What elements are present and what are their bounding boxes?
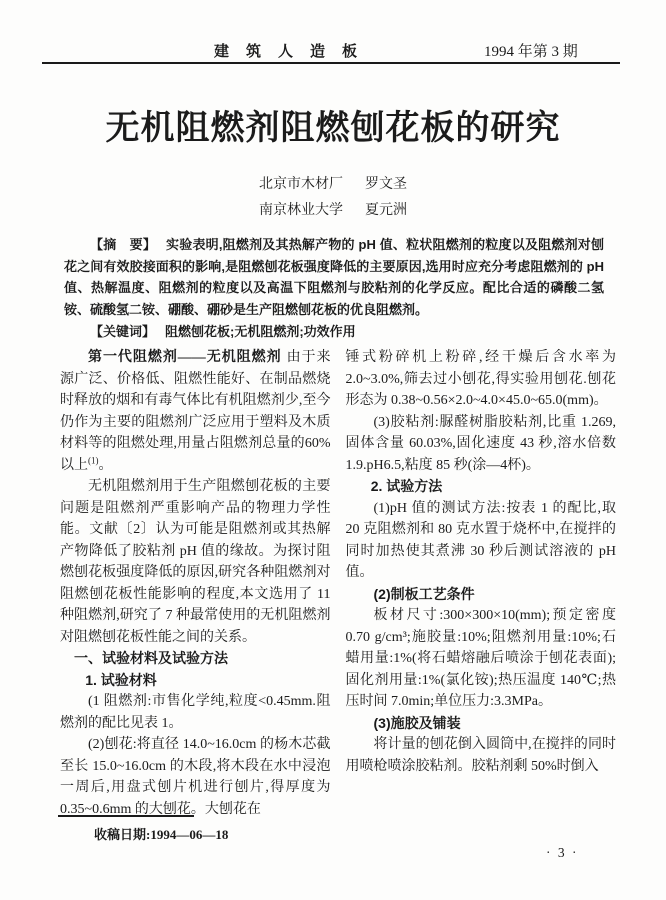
page-number: · 3 · bbox=[546, 845, 579, 861]
paragraph-board-parameters: 板材尺寸:300×300×10(mm);预定密度 0.70 g/cm³;施胶量:… bbox=[346, 605, 617, 713]
paragraph-gluing-procedure: 将计量的刨花倒入圆筒中,在搅拌的同时用喷枪喷涂胶粘剂。胶粘剂剩 50%时倒入 bbox=[346, 734, 617, 777]
author-affiliation: 南京林业大学 bbox=[259, 203, 343, 218]
keywords-text: 阻燃刨花板;无机阻燃剂;功效作用 bbox=[165, 324, 356, 339]
body-columns: 第一代阻燃剂——无机阻燃剂由于来源广泛、价格低、阻燃性能好、在制品燃烧时释放的烟… bbox=[60, 347, 616, 820]
received-date-text: 收稿日期:1994—06—18 bbox=[58, 824, 358, 843]
author-block: 北京市木材厂罗文圣 南京林业大学夏元洲 bbox=[0, 172, 666, 224]
author-line: 北京市木材厂罗文圣 bbox=[0, 172, 666, 198]
keywords-line: 【关键词】阻燃刨花板;无机阻燃剂;功效作用 bbox=[64, 321, 604, 343]
author-line: 南京林业大学夏元洲 bbox=[0, 198, 666, 224]
paragraph-text: 。 bbox=[99, 458, 113, 473]
journal-name: 建 筑 人 造 板 bbox=[214, 40, 358, 61]
footnote-divider bbox=[58, 815, 194, 817]
article-title: 无机阻燃剂阻燃刨花板的研究 bbox=[0, 100, 666, 149]
author-name: 夏元洲 bbox=[365, 203, 407, 218]
subsub-heading-board-process: (2)制板工艺条件 bbox=[346, 584, 617, 606]
citation-ref-1: (1) bbox=[88, 455, 99, 465]
abstract-label: 【摘 要】 bbox=[90, 237, 156, 252]
paragraph-flakes-spec: (2)刨花:将直径 14.0~16.0cm 的杨木芯截至长 15.0~16.0c… bbox=[60, 734, 331, 820]
paragraph-problem: 无机阻燃剂用于生产阻燃刨花板的主要问题是阻燃剂严重影响产品的物理力学性能。文献〔… bbox=[60, 476, 331, 648]
paragraph-intro: 第一代阻燃剂——无机阻燃剂由于来源广泛、价格低、阻燃性能好、在制品燃烧时释放的烟… bbox=[60, 347, 331, 476]
paragraph-adhesive-spec: (3)胶粘剂:脲醛树脂胶粘剂,比重 1.269,固体含量 60.03%,固化速度… bbox=[346, 412, 617, 477]
keywords-label: 【关键词】 bbox=[90, 324, 155, 339]
abstract-block: 【摘 要】实验表明,阻燃剂及其热解产物的 pH 值、粒状阻燃剂的粒度以及阻燃剂对… bbox=[64, 234, 604, 343]
journal-page: 建 筑 人 造 板 1994 年第 3 期 无机阻燃剂阻燃刨花板的研究 北京市木… bbox=[0, 0, 666, 900]
section-heading-materials-methods: 一、试验材料及试验方法 bbox=[60, 648, 331, 670]
author-name: 罗文圣 bbox=[365, 177, 407, 192]
flame-retardant-term: 第一代阻燃剂——无机阻燃剂 bbox=[88, 350, 282, 365]
author-affiliation: 北京市木材厂 bbox=[259, 177, 343, 192]
issue-label: 1994 年第 3 期 bbox=[484, 40, 578, 61]
received-date-note: 收稿日期:1994—06—18 bbox=[58, 815, 358, 843]
paragraph-flakes-continued: 锤式粉碎机上粉碎,经干燥后含水率为 2.0~3.0%,筛去过小刨花,得实验用刨花… bbox=[346, 347, 617, 412]
paragraph-retardant-spec: (1 阻燃剂:市售化学纯,粒度<0.45mm.阻燃剂的配比见表 1。 bbox=[60, 691, 331, 734]
subsection-heading-methods: 2. 试验方法 bbox=[346, 476, 617, 498]
subsub-heading-gluing: (3)施胶及铺装 bbox=[346, 713, 617, 735]
abstract-paragraph: 【摘 要】实验表明,阻燃剂及其热解产物的 pH 值、粒状阻燃剂的粒度以及阻燃剂对… bbox=[64, 234, 604, 320]
subsection-heading-materials: 1. 试验材料 bbox=[60, 670, 331, 692]
paragraph-text: 由于来源广泛、价格低、阻燃性能好、在制品燃烧时释放的烟和有毒气体比有机阻燃剂少,… bbox=[60, 350, 331, 473]
paragraph-ph-test-method: (1)pH 值的测试方法:按表 1 的配比,取 20 克阻燃剂和 80 克水置于… bbox=[346, 498, 617, 584]
left-column: 第一代阻燃剂——无机阻燃剂由于来源广泛、价格低、阻燃性能好、在制品燃烧时释放的烟… bbox=[60, 347, 331, 820]
header-divider bbox=[42, 62, 620, 64]
right-column: 锤式粉碎机上粉碎,经干燥后含水率为 2.0~3.0%,筛去过小刨花,得实验用刨花… bbox=[346, 347, 617, 820]
